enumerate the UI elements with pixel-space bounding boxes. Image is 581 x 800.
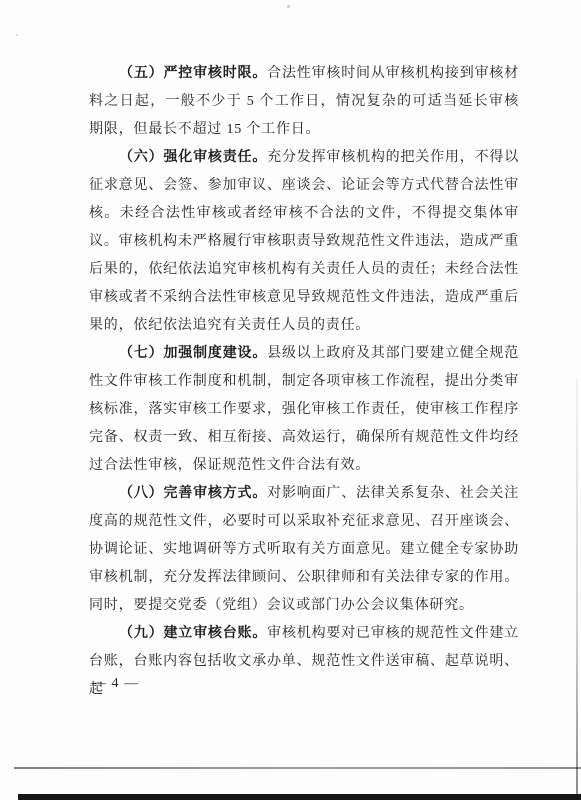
scan-speck	[287, 5, 290, 8]
scan-page-edge-shadow	[576, 378, 578, 796]
paragraph-item-8: （八）完善审核方式。对影响面广、法律关系复杂、社会关注度高的规范性文件，必要时可…	[89, 480, 519, 620]
scan-footer-line	[14, 767, 581, 769]
paragraph-item-6: （六）强化审核责任。充分发挥审核机构的把关作用，不得以征求意见、会签、参加审议、…	[89, 144, 519, 340]
paragraph-item-9: （九）建立审核台账。审核机构要对已审核的规范性文件建立台账，台账内容包括收文承办…	[89, 620, 519, 704]
paragraph-head: （五）严控审核时限。	[119, 66, 267, 81]
document-page: （五）严控审核时限。合法性审核时间从审核机构接到审核材料之日起，一般不少于 5 …	[0, 0, 581, 800]
page-number: — 4 —	[92, 676, 139, 692]
paragraph-body: 充分发挥审核机构的把关作用，不得以征求意见、会签、参加审议、座谈会、论证会等方式…	[89, 150, 519, 333]
scan-bottom-edge-band	[18, 794, 581, 800]
scan-speck	[16, 34, 18, 36]
paragraph-head: （六）强化审核责任。	[119, 150, 267, 165]
paragraph-body: 对影响面广、法律关系复杂、社会关注度高的规范性文件，必要时可以采取补充征求意见、…	[89, 486, 519, 613]
paragraph-head: （九）建立审核台账。	[119, 626, 267, 641]
paragraph-head: （七）加强制度建设。	[119, 346, 267, 361]
paragraph-body: 县级以上政府及其部门要建立健全规范性文件审核工作制度和机制，制定各项审核工作流程…	[89, 346, 519, 473]
document-body-text: （五）严控审核时限。合法性审核时间从审核机构接到审核材料之日起，一般不少于 5 …	[89, 60, 519, 704]
paragraph-head: （八）完善审核方式。	[119, 486, 267, 501]
paragraph-item-7: （七）加强制度建设。县级以上政府及其部门要建立健全规范性文件审核工作制度和机制，…	[89, 340, 519, 480]
paragraph-item-5: （五）严控审核时限。合法性审核时间从审核机构接到审核材料之日起，一般不少于 5 …	[89, 60, 519, 144]
